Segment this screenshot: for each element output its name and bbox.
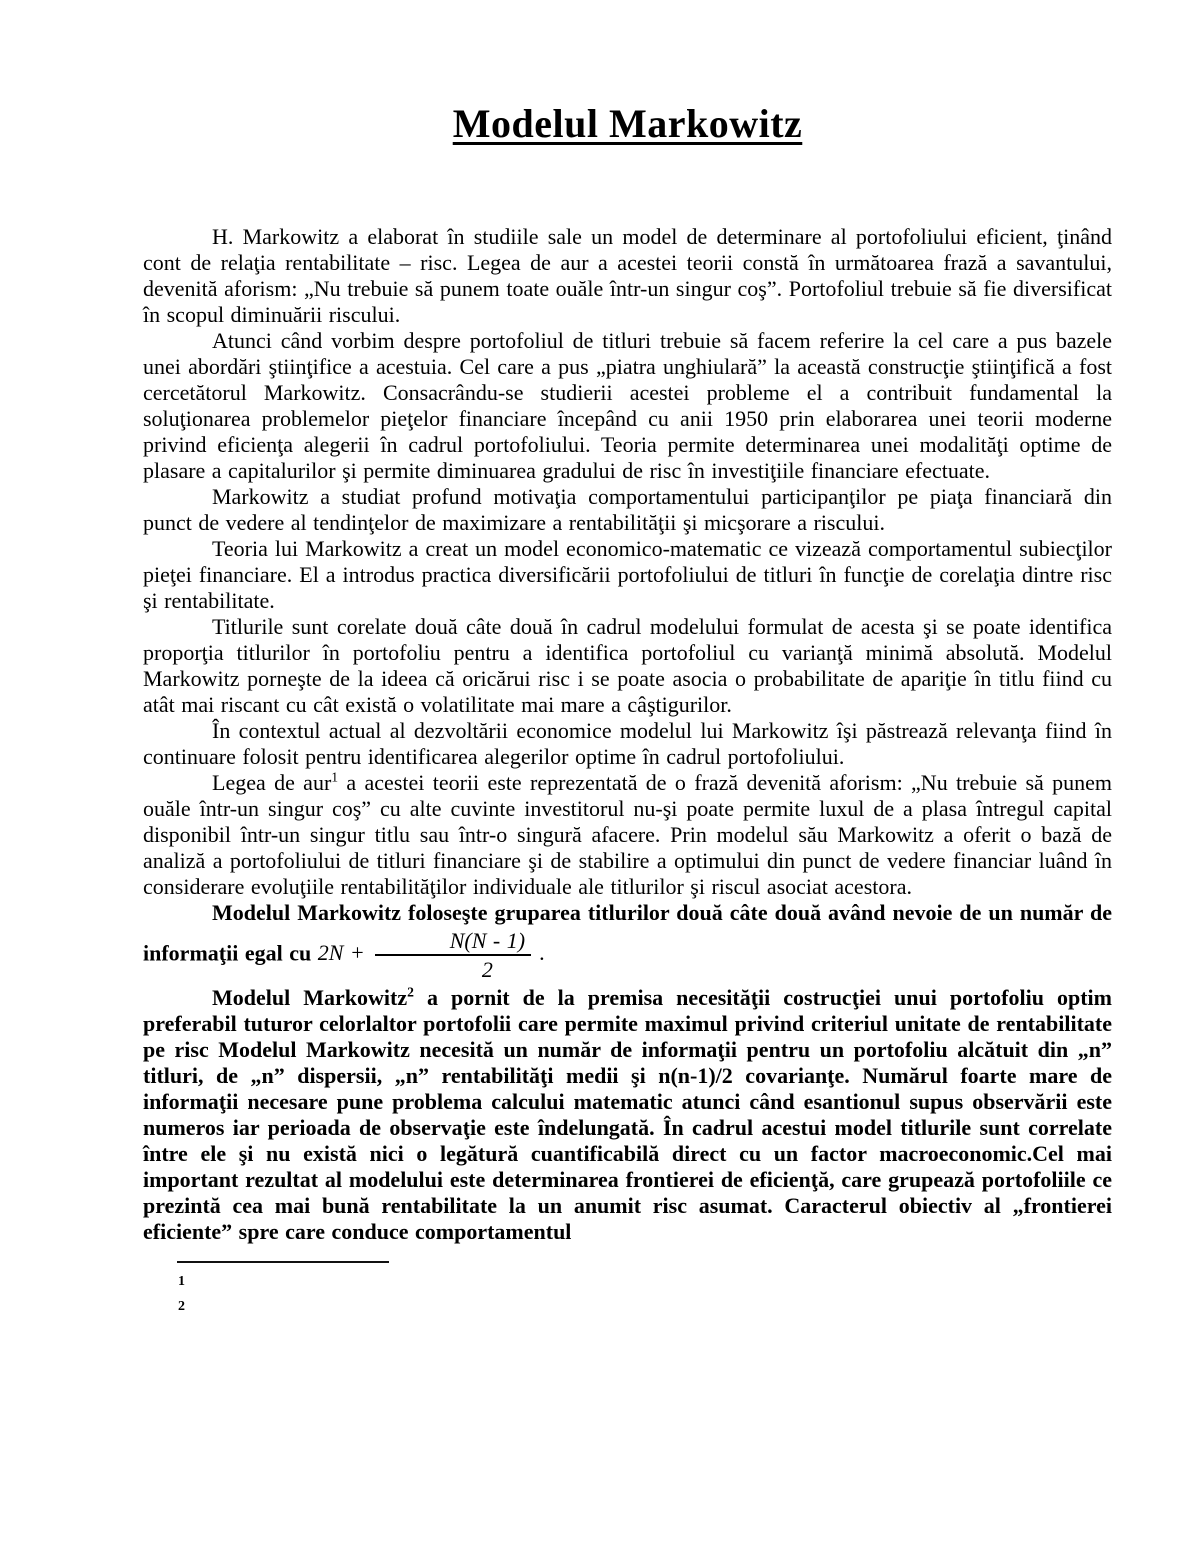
paragraph-premisa-necesitatii: Modelul Markowitz2 a pornit de la premis…	[143, 985, 1112, 1245]
formula-fraction: N(N - 1)2	[375, 928, 531, 983]
footnote-marker-2: 2	[178, 1294, 1112, 1319]
paragraph-legea-de-aur-pre: Legea de aur	[212, 770, 331, 795]
page-title: Modelul Markowitz	[143, 100, 1112, 148]
paragraph-intro: H. Markowitz a elaborat în studiile sale…	[143, 224, 1112, 328]
paragraph-premisa-pre: Modelul Markowitz	[212, 985, 407, 1010]
paragraph-contextul-actual: În contextul actual al dezvoltării econo…	[143, 718, 1112, 770]
formula-lhs: 2N +	[318, 940, 365, 965]
paragraph-premisa-post: a pornit de la premisa necesităţii costr…	[143, 985, 1112, 1244]
paragraph-atunci-cand: Atunci când vorbim despre portofoliul de…	[143, 328, 1112, 484]
paragraph-teoria-lui-markowitz: Teoria lui Markowitz a creat un model ec…	[143, 536, 1112, 614]
formula-numar-informatii: 2N +N(N - 1)2.	[318, 940, 545, 965]
paragraph-gruparea-titlurilor: Modelul Markowitz foloseşte gruparea tit…	[143, 900, 1112, 985]
footnote-separator	[177, 1261, 389, 1263]
formula-period: .	[539, 940, 545, 965]
paragraph-markowitz-studiat: Markowitz a studiat profund motivaţia co…	[143, 484, 1112, 536]
formula-denominator: 2	[413, 956, 493, 982]
footnote-marker-1: 1	[178, 1269, 1112, 1294]
paragraph-gruparea-titlurilor-text: Modelul Markowitz foloseşte gruparea tit…	[143, 900, 1112, 965]
page-title-text: Modelul Markowitz	[453, 101, 803, 146]
footnote-ref-2: 2	[407, 984, 414, 999]
formula-numerator: N(N - 1)	[375, 928, 531, 956]
paragraph-titlurile-corelate: Titlurile sunt corelate două câte două î…	[143, 614, 1112, 718]
paragraph-legea-de-aur: Legea de aur1 a acestei teorii este repr…	[143, 770, 1112, 900]
document-page: Modelul Markowitz H. Markowitz a elabora…	[0, 0, 1200, 1553]
